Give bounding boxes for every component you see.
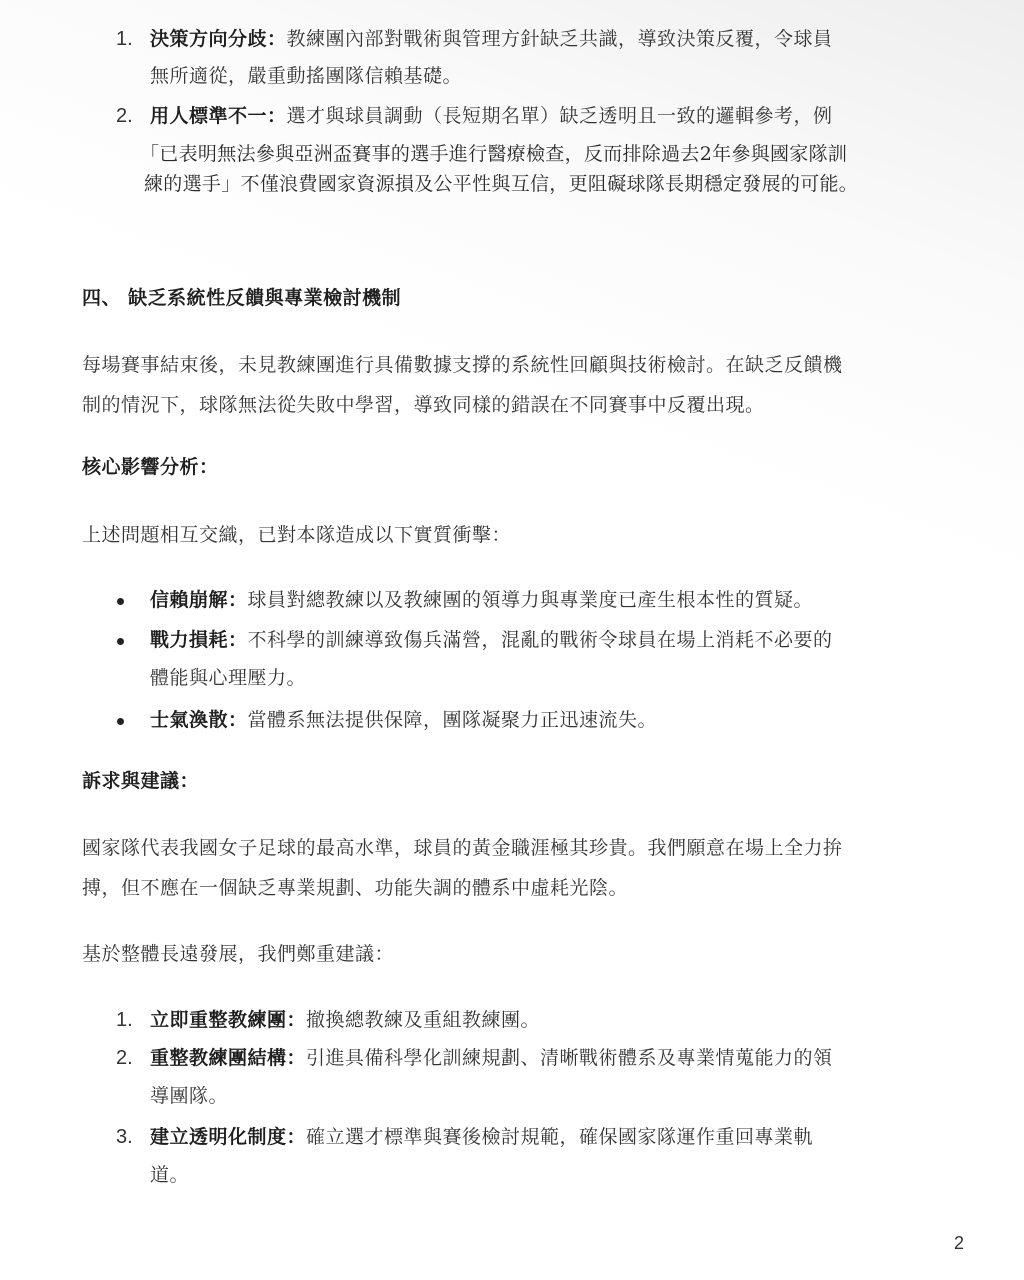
page-number: 2	[954, 1233, 964, 1254]
list-item-line: 用人標準不一：選才與球員調動（長短期名單）缺乏透明且一致的邏輯參考，例	[150, 103, 833, 129]
list-item-quote-line: 「已表明無法參與亞洲盃賽事的選手進行醫療檢查，反而排除過去2年參與國家隊訓	[140, 141, 847, 167]
list-number: 1.	[116, 26, 133, 52]
list-item-continuation: 導團隊。	[150, 1083, 228, 1109]
list-number: 2.	[116, 103, 133, 129]
bullet-item: 信賴崩解：球員對總教練以及教練團的領導力與專業度已產生根本性的質疑。	[150, 587, 813, 613]
demands-heading: 訴求與建議：	[82, 768, 199, 794]
list-item-text: 引進具備科學化訓練規劃、清晰戰術體系及專業情蒐能力的領	[306, 1047, 833, 1069]
list-item-text: 撤換總教練及重組教練團。	[306, 1009, 540, 1031]
bullet-icon	[117, 598, 124, 605]
list-number: 1.	[116, 1007, 133, 1033]
bullet-title: 士氣渙散：	[150, 709, 248, 731]
paragraph-line: 搏，但不應在一個缺乏專業規劃、功能失調的體系中虛耗光陰。	[82, 875, 628, 901]
list-item-line: 立即重整教練團：撤換總教練及重組教練團。	[150, 1007, 540, 1033]
section-heading: 四、 缺乏系統性反饋與專業檢討機制	[82, 285, 401, 311]
bullet-title: 戰力損耗：	[150, 629, 248, 651]
document-page: 1. 決策方向分歧：教練團內部對戰術與管理方針缺乏共識，導致決策反覆，令球員 無…	[0, 0, 1024, 1280]
bullet-title: 信賴崩解：	[150, 589, 248, 611]
paragraph-line: 國家隊代表我國女子足球的最高水準，球員的黃金職涯極其珍貴。我們願意在場上全力拚	[82, 835, 843, 861]
bullet-item: 戰力損耗：不科學的訓練導致傷兵滿營，混亂的戰術令球員在場上消耗不必要的	[150, 627, 833, 653]
list-item-title: 立即重整教練團：	[150, 1009, 306, 1031]
paragraph-line: 每場賽事結束後，未見教練團進行具備數據支撐的系統性回顧與技術檢討。在缺乏反饋機	[82, 352, 843, 378]
bullet-item: 士氣渙散：當體系無法提供保障，團隊凝聚力正迅速流失。	[150, 707, 657, 733]
list-item-title: 建立透明化制度：	[150, 1126, 306, 1148]
list-item-title: 用人標準不一：	[150, 105, 287, 127]
list-item-line: 決策方向分歧：教練團內部對戰術與管理方針缺乏共識，導致決策反覆，令球員	[150, 26, 833, 52]
bullet-icon	[117, 718, 124, 725]
list-item-continuation: 無所適從，嚴重動搖團隊信賴基礎。	[150, 63, 462, 89]
list-item-title: 重整教練團結構：	[150, 1047, 306, 1069]
impact-intro: 上述問題相互交織，已對本隊造成以下實質衝擊：	[82, 522, 511, 548]
list-number: 3.	[116, 1124, 133, 1150]
list-item-line: 建立透明化制度：確立選才標準與賽後檢討規範，確保國家隊運作重回專業軌	[150, 1124, 813, 1150]
bullet-text: 不科學的訓練導致傷兵滿營，混亂的戰術令球員在場上消耗不必要的	[248, 629, 833, 651]
bullet-continuation: 體能與心理壓力。	[150, 665, 306, 691]
list-item-quote-line: 練的選手」不僅浪費國家資源損及公平性與互信，更阻礙球隊長期穩定發展的可能。	[144, 171, 858, 197]
bullet-icon	[117, 638, 124, 645]
bullet-text: 當體系無法提供保障，團隊凝聚力正迅速流失。	[248, 709, 658, 731]
paragraph-line: 制的情況下，球隊無法從失敗中學習，導致同樣的錯誤在不同賽事中反覆出現。	[82, 392, 765, 418]
impact-heading: 核心影響分析：	[82, 454, 219, 480]
list-item-continuation: 道。	[150, 1162, 189, 1188]
list-item-text: 教練團內部對戰術與管理方針缺乏共識，導致決策反覆，令球員	[287, 28, 833, 50]
list-item-title: 決策方向分歧：	[150, 28, 287, 50]
list-number: 2.	[116, 1045, 133, 1071]
demands-intro: 基於整體長遠發展，我們鄭重建議：	[82, 941, 394, 967]
list-item-text: 選才與球員調動（長短期名單）缺乏透明且一致的邏輯參考，例	[287, 105, 833, 127]
bullet-text: 球員對總教練以及教練團的領導力與專業度已產生根本性的質疑。	[248, 589, 814, 611]
list-item-line: 重整教練團結構：引進具備科學化訓練規劃、清晰戰術體系及專業情蒐能力的領	[150, 1045, 833, 1071]
list-item-text: 確立選才標準與賽後檢討規範，確保國家隊運作重回專業軌	[306, 1126, 813, 1148]
